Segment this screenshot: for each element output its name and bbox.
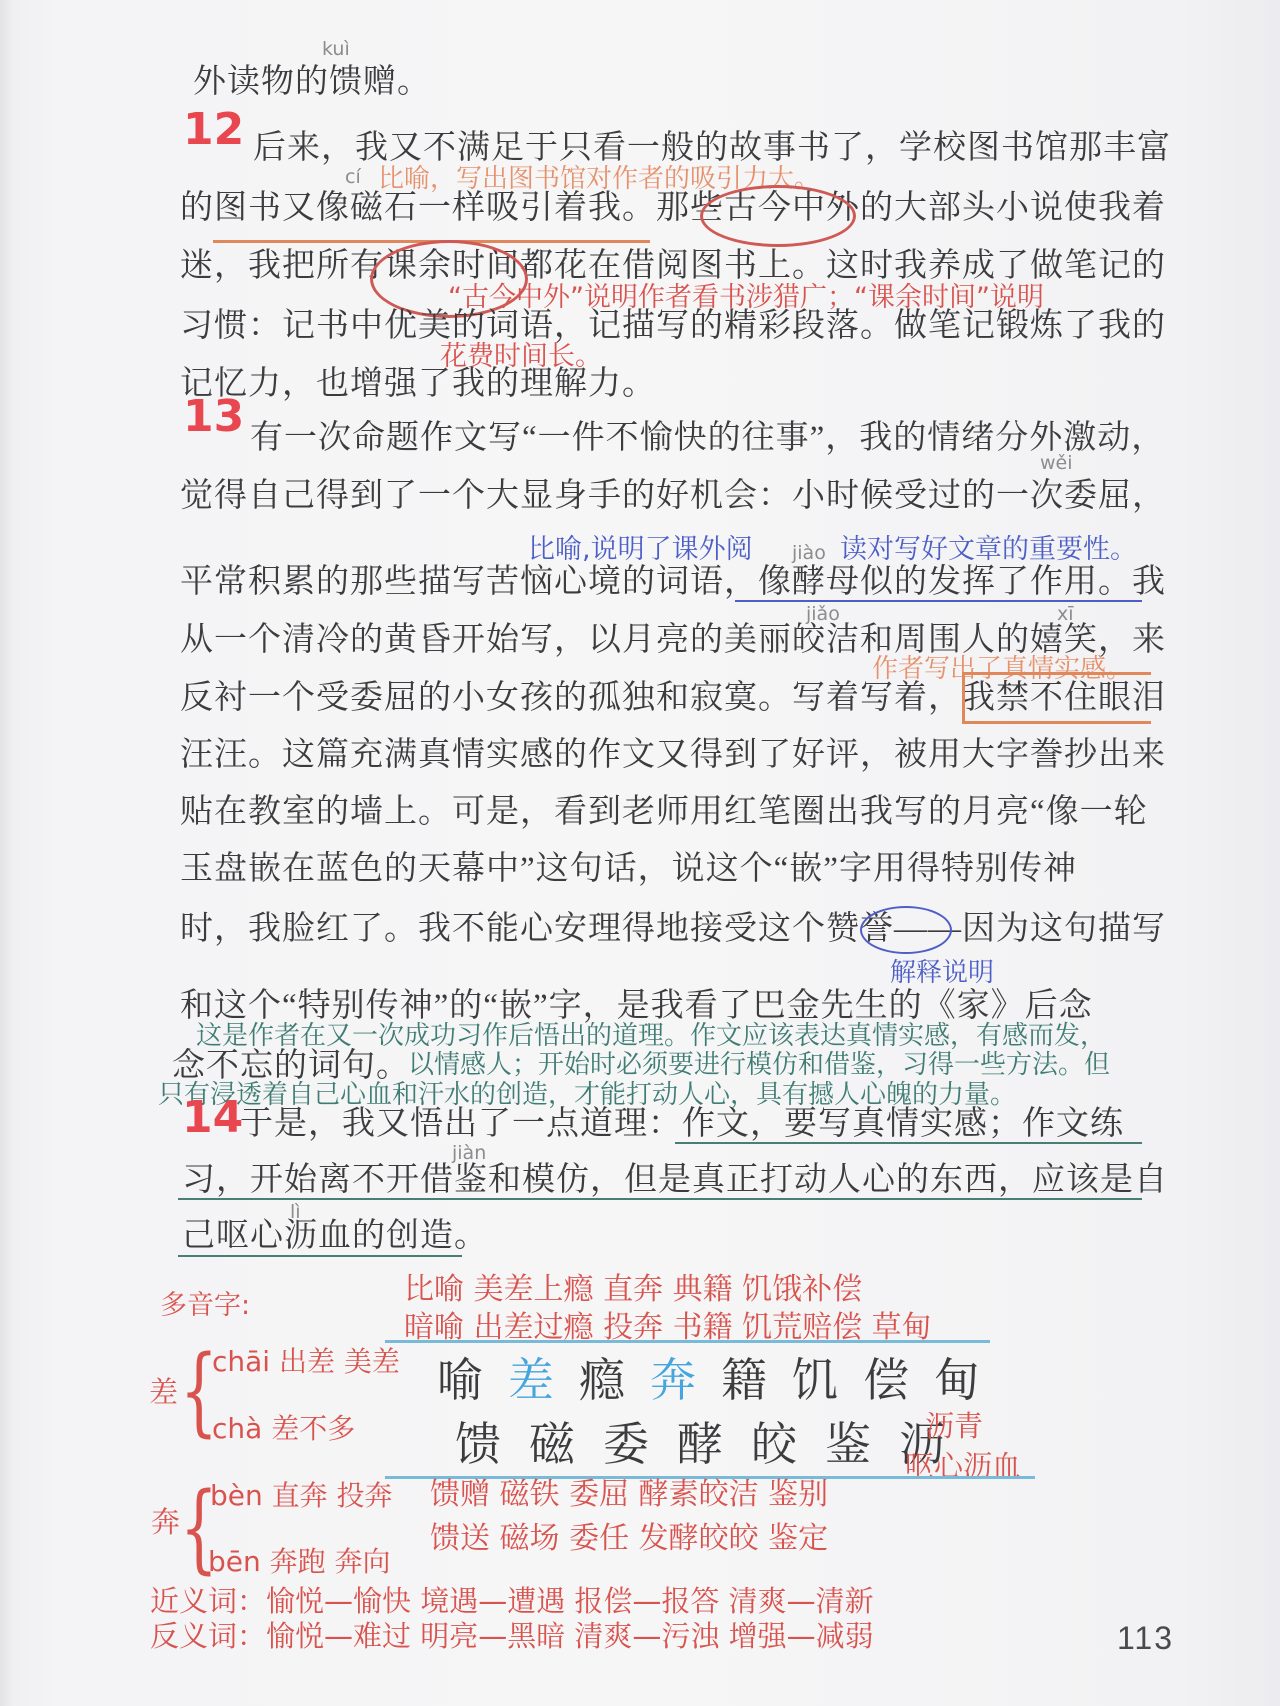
printed-char-blue: 奔 xyxy=(650,1358,696,1404)
printed-char: 鉴 xyxy=(825,1422,871,1468)
teal-underline-p14-line2 xyxy=(178,1198,1142,1200)
printed-char: 磁 xyxy=(529,1422,575,1468)
cha-reading-1: chāi 出差 美差 xyxy=(212,1348,400,1376)
vocab-red-row-a: 比喻 美差上瘾 直奔 典籍 饥饿补偿 xyxy=(404,1275,862,1305)
p14-line2: 习，开始离不开借鉴和模仿，但是真正打动人心的东西，应该是自 xyxy=(182,1164,1168,1197)
pinyin-jian4: jiàn xyxy=(452,1144,486,1163)
annotation-red-reading-range: “古今中外”说明作者看书涉猎广；“课余时间”说明 xyxy=(448,284,1044,311)
printed-char-blue: 差 xyxy=(508,1358,554,1404)
red-circle-gujinzhongwai xyxy=(700,185,856,247)
p14-line3: 己呕心沥血的创造。 xyxy=(182,1220,488,1253)
vocab-liqing: 沥青 xyxy=(925,1412,983,1441)
printed-char: 喻 xyxy=(437,1358,483,1404)
ben-reading-2: bēn 奔跑 奔向 xyxy=(208,1548,391,1576)
printed-char-row-1: 喻 差 瘾 奔 籍 饥 偿 甸 xyxy=(437,1358,980,1404)
p13-line6: 汪汪。这篇充满真情实感的作文又得到了好评，被用大字誊抄出来 xyxy=(180,739,1166,772)
printed-char: 偿 xyxy=(863,1358,909,1404)
p12-line2: 的图书又像磁石一样吸引着我。那些古今中外的大部头小说使我着 xyxy=(180,192,1166,225)
p12-line1: 后来，我又不满足于只看一般的故事书了，学校图书馆那丰富 xyxy=(253,132,1171,165)
p13-line11: 念不忘的词句。 xyxy=(172,1050,410,1083)
annotation-teal-line2: 以情感人；开始时必须要进行模仿和借鉴，习得一些方法。但 xyxy=(408,1052,1110,1078)
printed-char: 馈 xyxy=(455,1422,501,1468)
blue-oval-dash xyxy=(860,906,952,954)
orange-box-cannot-hold-tears xyxy=(962,672,1151,724)
p13-line3: 平常积累的那些描写苦恼心境的词语，像酵母似的发挥了作用。我 xyxy=(180,566,1166,599)
paragraph-number-13: 13 xyxy=(183,395,244,439)
p14-line1: 于是，我又悟出了一点道理：作文，要写真情实感；作文练 xyxy=(240,1108,1124,1141)
duoyinzi-label: 多音字: xyxy=(160,1292,250,1319)
vocab-red-pairs-1: 馈赠 磁铁 委屈 酵素皎洁 鉴别 xyxy=(430,1480,828,1510)
p12-line4: 习惯：记书中优美的词语，记描写的精彩段落。做笔记锻炼了我的 xyxy=(180,310,1166,343)
pinyin-wei: wěi xyxy=(1040,454,1073,473)
p13-line7: 贴在教室的墙上。可是，看到老师用红笔圈出我写的月亮“像一轮 xyxy=(180,796,1148,829)
vocab-red-row-b: 暗喻 出差过瘾 投奔 书籍 饥荒赔偿 草甸 xyxy=(404,1313,932,1343)
cha-reading-2: chà 差不多 xyxy=(212,1415,355,1443)
printed-char: 酵 xyxy=(677,1422,723,1468)
p12-line3: 迷，我把所有课余时间都花在借阅图书上。这时我养成了做笔记的 xyxy=(180,250,1166,283)
printed-char-row-2: 馈 磁 委 酵 皎 鉴 沥 xyxy=(455,1422,945,1468)
paragraph-number-12: 12 xyxy=(183,108,244,152)
pinyin-jiao4: jiào xyxy=(792,544,826,563)
p13-line1: 有一次命题作文写“一件不愉快的往事”，我的情绪分外激动， xyxy=(250,422,1165,455)
p12-line5: 记忆力，也增强了我的理解力。 xyxy=(180,368,656,401)
blue-underline-yeast-simile xyxy=(735,600,1142,602)
sky-underline-row-b xyxy=(385,1340,990,1343)
annotation-blue-metaphor-part1: 比喻,说明了课外阅 xyxy=(528,536,753,563)
p13-line4: 从一个清冷的黄昏开始写，以月亮的美丽皎洁和周围人的嬉笑，来 xyxy=(180,624,1166,657)
printed-char: 籍 xyxy=(721,1358,767,1404)
cha-headchar: 差 xyxy=(149,1378,178,1407)
page-number: 113 xyxy=(1117,1620,1174,1657)
printed-char: 甸 xyxy=(934,1358,980,1404)
p13-line9: 时，我脸红了。我不能心安理得地接受这个赞誉——因为这句描写 xyxy=(180,913,1166,946)
synonyms-row: 近义词：愉悦—愉快 境遇—遭遇 报偿—报答 清爽—清新 xyxy=(150,1587,874,1616)
annotation-teal-line3: 只有浸透着自己心血和汗水的创造，才能打动人心，具有撼人心魄的力量。 xyxy=(158,1082,1016,1108)
pinyin-kui: kuì xyxy=(322,40,350,59)
ben-reading-1: bèn 直奔 投奔 xyxy=(210,1482,393,1510)
vocab-red-pairs-2: 馈送 磁场 委任 发酵皎皎 鉴定 xyxy=(430,1524,828,1554)
p13-line10: 和这个“特别传神”的“嵌”字，是我看了巴金先生的《家》后念 xyxy=(180,990,1093,1023)
ben-headchar: 奔 xyxy=(151,1508,180,1537)
annotation-teal-line1: 这是作者在又一次成功习作后悟出的道理。作文应该表达真情实感，有感而发， xyxy=(196,1023,1106,1049)
printed-char: 皎 xyxy=(751,1422,797,1468)
annotation-blue-explain: 解释说明 xyxy=(890,960,994,986)
annotation-blue-metaphor-part2: 读对写好文章的重要性。 xyxy=(840,536,1137,563)
printed-char: 委 xyxy=(603,1422,649,1468)
printed-char: 瘾 xyxy=(579,1358,625,1404)
pinyin-ci: cí xyxy=(345,168,361,187)
teal-underline-p14-line1 xyxy=(675,1142,1142,1144)
printed-char: 饥 xyxy=(792,1358,838,1404)
p13-line2: 觉得自己得到了一个大显身手的好机会：小时候受过的一次委屈， xyxy=(180,480,1166,513)
textbook-page-photo: { "page_number": "113", "pinyin": { "kui… xyxy=(0,0,1280,1706)
paragraph-number-14: 14 xyxy=(182,1096,243,1140)
body-line-intro: 外读物的馈赠。 xyxy=(193,66,431,99)
teal-underline-p14-line3 xyxy=(178,1255,462,1257)
p13-line8: 玉盘嵌在蓝色的天幕中”这句话，说这个“嵌”字用得特别传神 xyxy=(180,853,1077,886)
antonyms-row: 反义词：愉悦—难过 明亮—黑暗 清爽—污浊 增强—减弱 xyxy=(150,1622,874,1651)
